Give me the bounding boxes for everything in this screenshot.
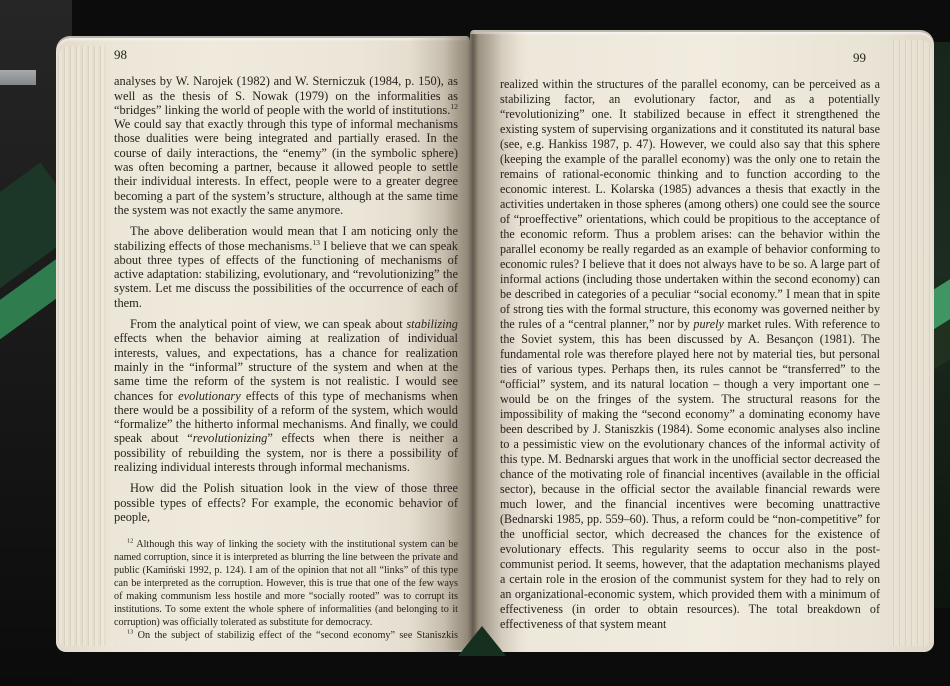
text-segment: We could say that exactly through this t… [114,117,458,217]
paragraph: analyses by W. Narojek (1982) and W. Ste… [114,74,458,217]
text-segment: analyses by W. Narojek (1982) and W. Ste… [114,74,458,117]
right-page-body: realized within the structures of the pa… [500,77,880,632]
footnote: 13 On the subject of stabilizig effect o… [114,629,458,644]
text-segment: revolutionizing [193,431,268,445]
footnote-marker: 13 [127,629,133,636]
footnote-marker: 12 [450,102,458,111]
left-page-footnotes: 12 Although this way of linking the soci… [114,538,458,644]
paragraph: realized within the structures of the pa… [500,77,880,632]
paragraph: The above deliberation would mean that I… [114,224,458,310]
text-segment: From the analytical point of view, we ca… [130,317,406,331]
text-segment: purely [693,317,723,331]
left-page-number: 98 [114,48,458,62]
left-page-body: analyses by W. Narojek (1982) and W. Ste… [114,74,458,524]
right-page-number: 99 [500,50,880,65]
background-gray-streak [0,70,36,85]
footnote: 12 Although this way of linking the soci… [114,538,458,629]
text-segment: realized within the structures of the pa… [500,77,880,331]
paragraph: From the analytical point of view, we ca… [114,317,458,474]
text-segment: How did the Polish situation look in the… [114,481,458,524]
paragraph: How did the Polish situation look in the… [114,481,458,524]
left-page-text-block: 98 analyses by W. Narojek (1982) and W. … [114,48,458,644]
footnote-marker: 13 [312,237,320,246]
text-segment: market rules. With reference to the Sovi… [500,317,880,631]
text-segment: evolutionary [178,389,241,403]
text-segment: stabilizing [406,317,458,331]
footnote-marker: 12 [127,538,133,545]
right-page-text-block: 99 realized within the structures of the… [500,50,880,644]
